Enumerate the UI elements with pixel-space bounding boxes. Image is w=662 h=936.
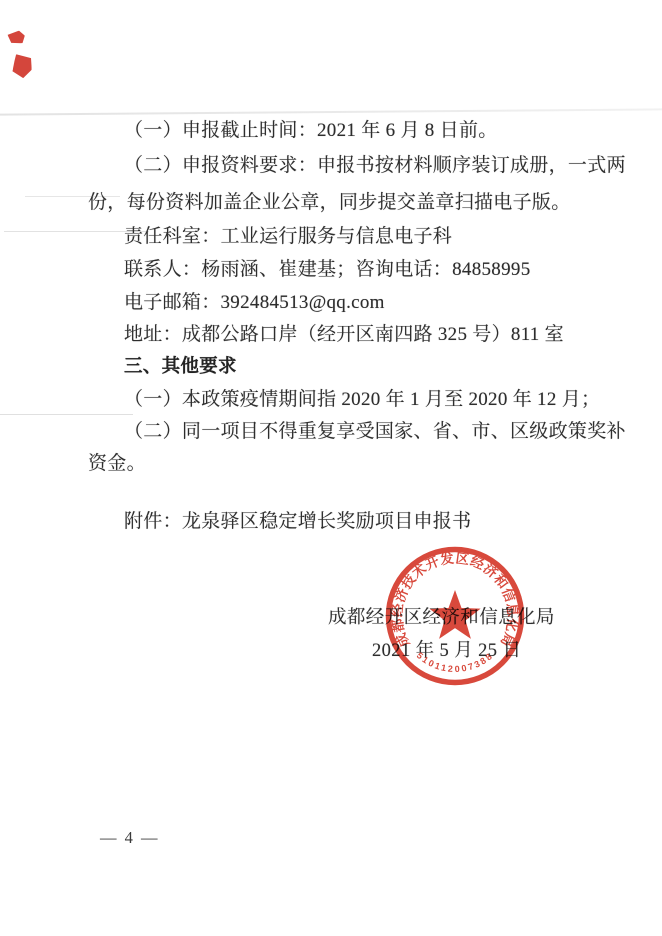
body-line: 电子邮箱：392484513@qq.com bbox=[124, 287, 385, 314]
body-line: 联系人：杨雨涵、崔建基；咨询电话：84858995 bbox=[124, 254, 531, 281]
body-line: 资金。 bbox=[88, 448, 146, 475]
red-ink-artifact bbox=[12, 54, 33, 79]
body-line: 份，每份资料加盖企业公章，同步提交盖章扫描电子版。 bbox=[88, 187, 571, 214]
attachment-line: 附件：龙泉驿区稳定增长奖励项目申报书 bbox=[124, 506, 471, 533]
page-number: — 4 — bbox=[100, 828, 160, 848]
body-line: （一）申报截止时间：2021 年 6 月 8 日前。 bbox=[124, 115, 498, 142]
official-seal: 成都经济技术开发区经济和信息化局 5101120073887 bbox=[375, 536, 535, 696]
body-line: 责任科室：工业运行服务与信息电子科 bbox=[124, 221, 452, 248]
red-ink-artifact bbox=[7, 30, 26, 45]
body-line: （二）同一项目不得重复享受国家、省、市、区级政策奖补 bbox=[124, 416, 626, 443]
section-heading: 三、其他要求 bbox=[124, 352, 237, 378]
body-line: （一）本政策疫情期间指 2020 年 1 月至 2020 年 12 月； bbox=[124, 384, 600, 411]
body-line: 地址：成都公路口岸（经开区南四路 325 号）811 室 bbox=[124, 319, 564, 346]
seal-star-icon bbox=[429, 590, 480, 639]
scanned-document-page: （一）申报截止时间：2021 年 6 月 8 日前。 （二）申报资料要求：申报书… bbox=[0, 0, 662, 936]
body-line: （二）申报资料要求：申报书按材料顺序装订成册，一式两 bbox=[124, 150, 626, 177]
scan-streak-line bbox=[0, 414, 133, 415]
